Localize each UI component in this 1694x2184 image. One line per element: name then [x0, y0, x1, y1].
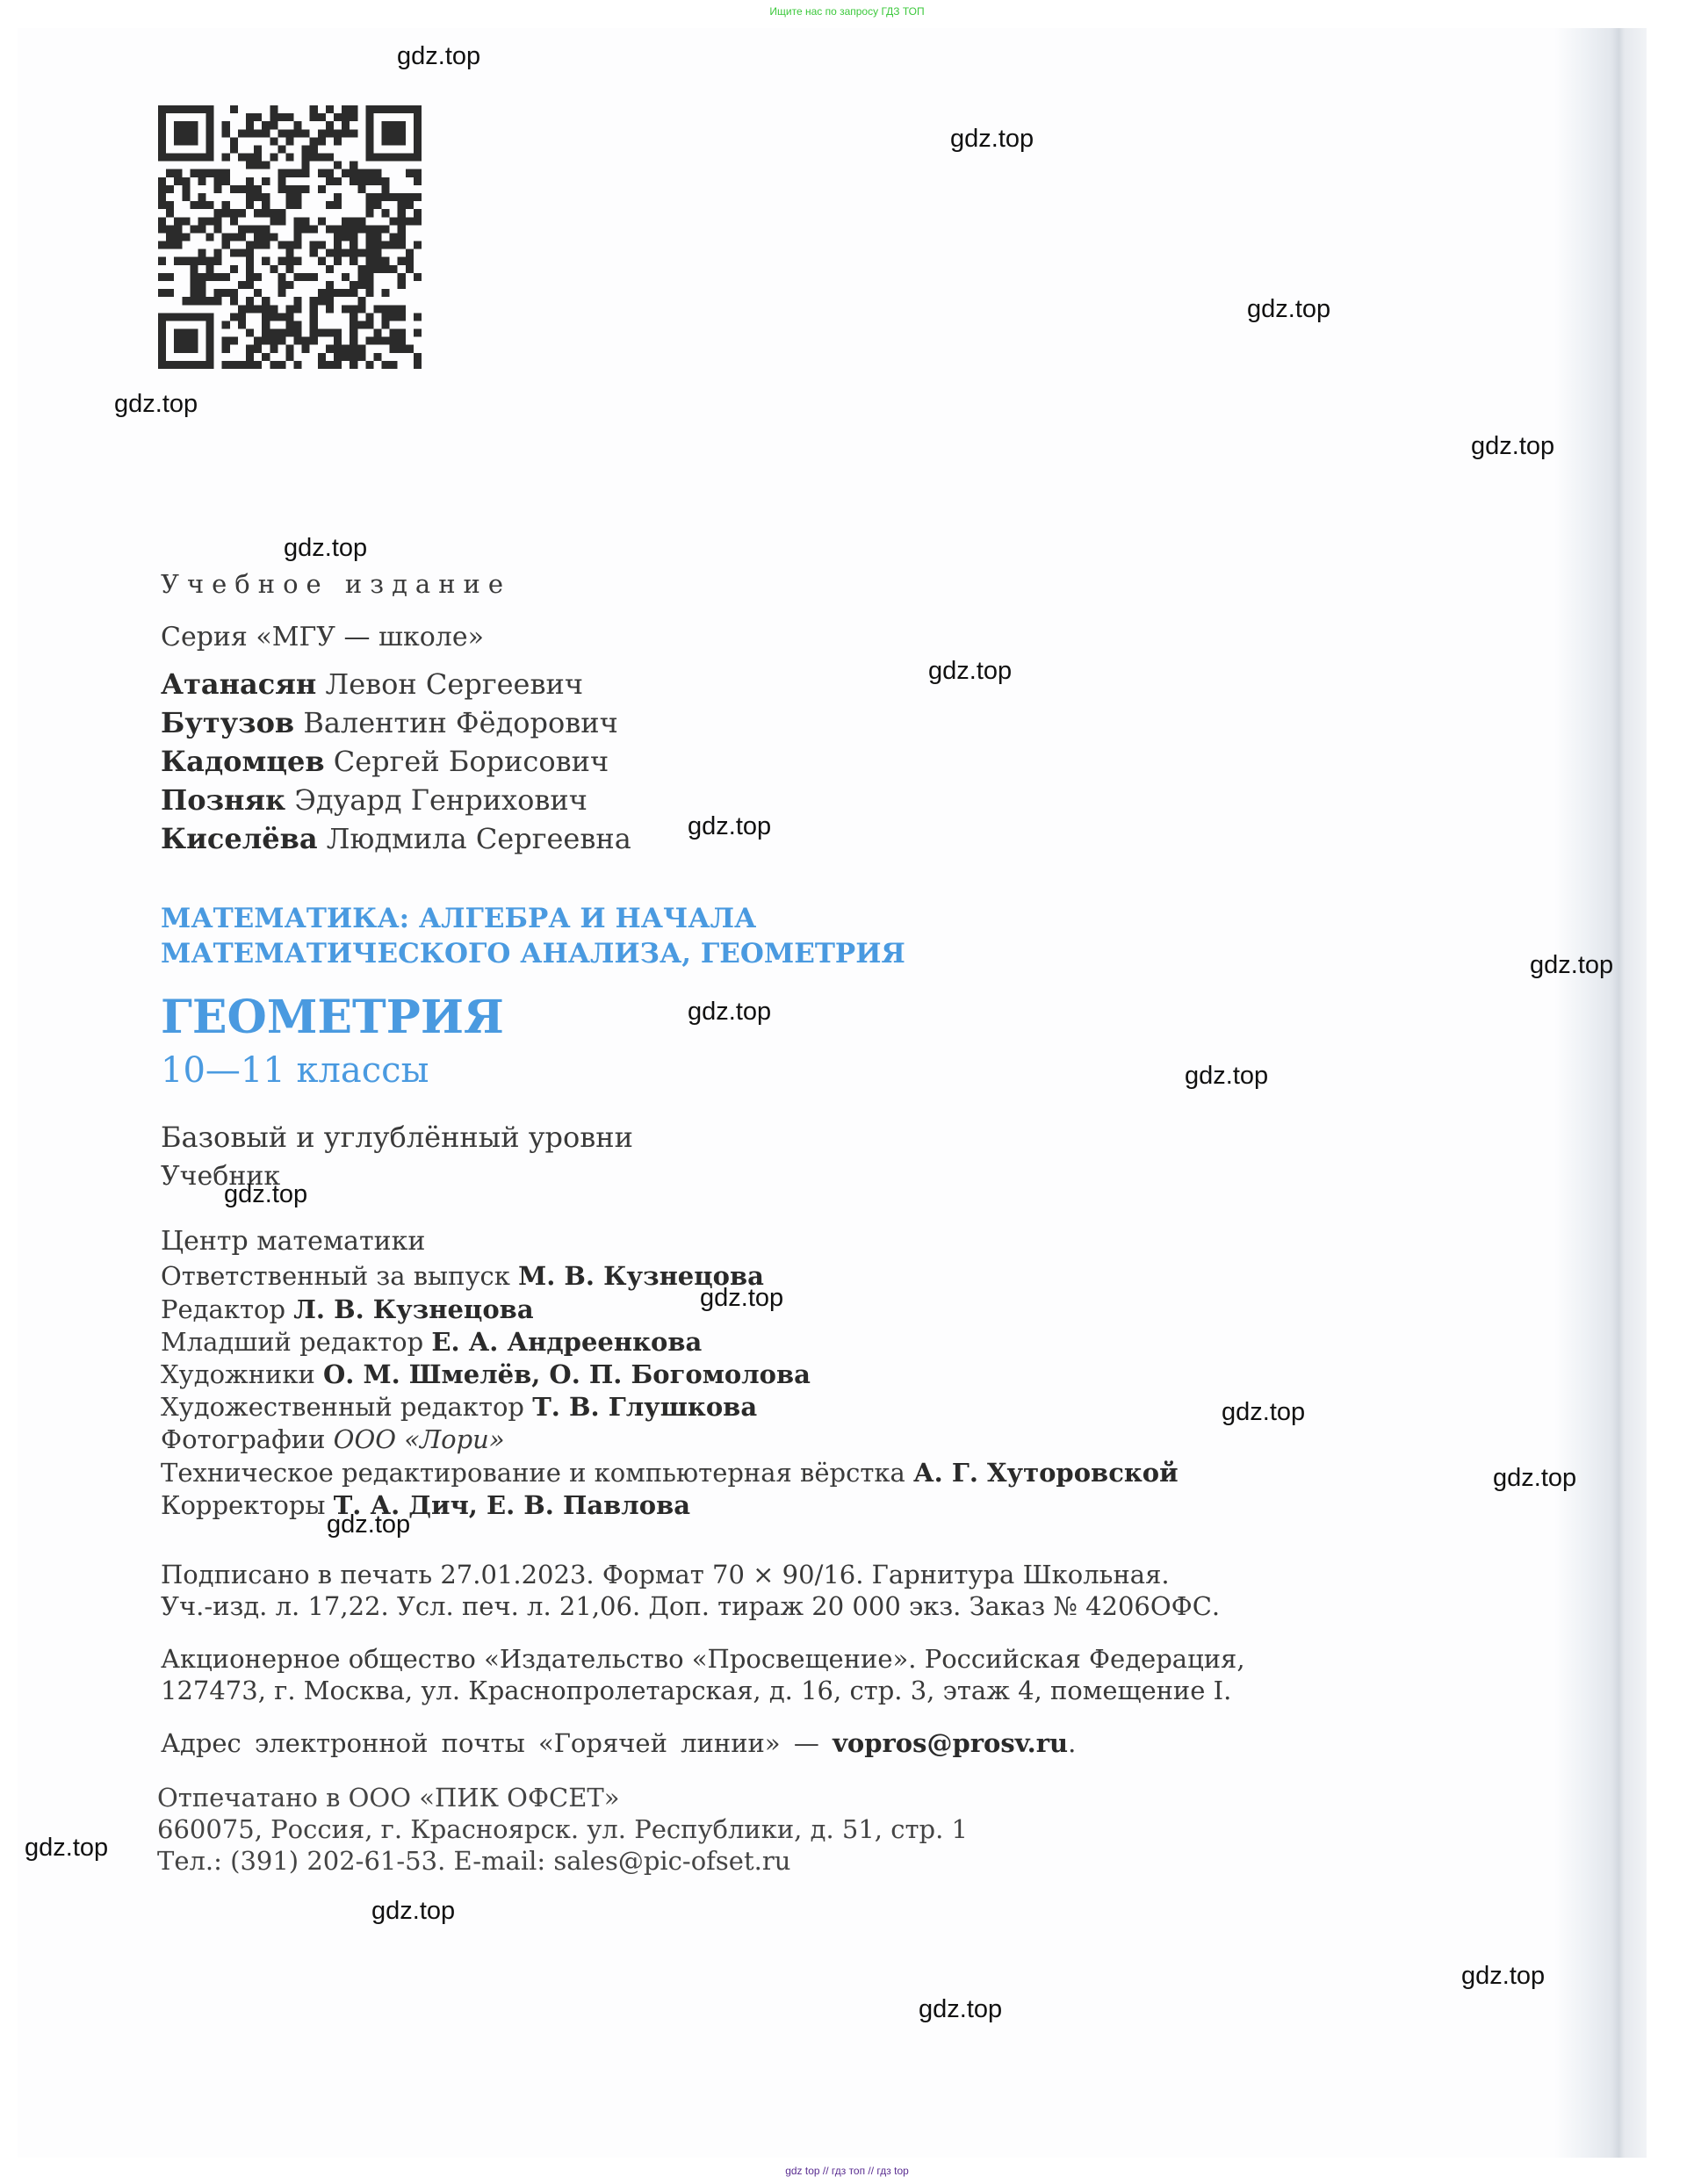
watermark-text: gdz.top [397, 42, 480, 71]
author-surname: Позняк [161, 783, 285, 817]
author-entry: Атанасян Левон Сергеевич [161, 667, 583, 701]
edition-type-label: Учебное издание [161, 569, 511, 599]
watermark-text: gdz.top [919, 1995, 1002, 2024]
author-entry: Позняк Эдуард Генрихович [161, 783, 587, 817]
author-surname: Бутузов [161, 706, 294, 739]
watermark-text: gdz.top [700, 1284, 783, 1313]
level-label: Базовый и углублённый уровни [161, 1121, 633, 1154]
subject-line-1: МАТЕМАТИКА: АЛГЕБРА И НАЧАЛА [161, 903, 756, 934]
credit-line: Редактор Л. В. Кузнецова [161, 1294, 534, 1324]
watermark-text: gdz.top [371, 1897, 455, 1926]
credit-role: Фотографии [161, 1424, 325, 1454]
book-title: ГЕОМЕТРИЯ [161, 991, 504, 1044]
author-surname: Кадомцев [161, 745, 325, 778]
author-entry: Кадомцев Сергей Борисович [161, 745, 609, 778]
publisher-line-2: 127473, г. Москва, ул. Краснопролетарска… [161, 1676, 1231, 1705]
watermark-text: gdz.top [688, 998, 771, 1027]
credit-line: Художественный редактор Т. В. Глушкова [161, 1392, 757, 1422]
printer-line-3: Тел.: (391) 202-61-53. E-mail: sales@pic… [157, 1846, 790, 1876]
credit-role: Редактор [161, 1294, 285, 1324]
watermark-text: gdz.top [1461, 1962, 1545, 1991]
credit-name: ООО «Лори» [334, 1424, 505, 1454]
watermark-text: gdz.top [327, 1510, 410, 1539]
watermark-text: gdz.top [1493, 1464, 1576, 1493]
printer-line-1: Отпечатано в ООО «ПИК ОФСЕТ» [157, 1783, 619, 1813]
hotline-email-link[interactable]: vopros@prosv.ru [833, 1728, 1068, 1758]
hotline-label: Адрес электронной почты «Горячей линии» … [161, 1728, 833, 1758]
author-given-names: Левон Сергеевич [326, 667, 583, 701]
credit-role: Техническое редактирование и компьютерна… [161, 1458, 905, 1488]
grades-label: 10—11 классы [161, 1050, 429, 1091]
credit-line: Техническое редактирование и компьютерна… [161, 1458, 1179, 1488]
publisher-line-1: Акционерное общество «Издательство «Прос… [161, 1644, 1245, 1674]
watermark-text: gdz.top [1247, 295, 1330, 324]
credit-role: Корректоры [161, 1490, 325, 1520]
author-given-names: Сергей Борисович [334, 745, 609, 778]
credit-line: Фотографии ООО «Лори» [161, 1424, 505, 1454]
watermark-text: gdz.top [224, 1180, 307, 1209]
hotline-line: Адрес электронной почты «Горячей линии» … [161, 1728, 1076, 1758]
author-given-names: Эдуард Генрихович [294, 783, 587, 817]
author-surname: Киселёва [161, 822, 318, 855]
credit-name: Л. В. Кузнецова [293, 1294, 533, 1324]
credit-line: Корректоры Т. А. Дич, Е. В. Павлова [161, 1490, 690, 1520]
center-label: Центр математики [161, 1226, 425, 1257]
imprint-line-1: Подписано в печать 27.01.2023. Формат 70… [161, 1560, 1170, 1589]
credit-role: Ответственный за выпуск [161, 1261, 510, 1291]
watermark-text: gdz.top [1530, 951, 1613, 980]
page-gutter-shadow [1554, 28, 1647, 2158]
watermark-text: gdz.top [25, 1834, 108, 1863]
printer-line-2: 660075, Россия, г. Красноярск. ул. Респу… [157, 1814, 968, 1844]
top-banner[interactable]: Ищите нас по запросу ГДЗ ТОП [0, 5, 1694, 18]
qr-code-icon[interactable] [158, 105, 422, 369]
credit-role: Художники [161, 1359, 315, 1389]
credit-name: Т. В. Глушкова [532, 1392, 757, 1422]
author-given-names: Людмила Сергеевна [327, 822, 631, 855]
credit-name: Е. А. Андреенкова [431, 1327, 702, 1357]
credit-role: Младший редактор [161, 1327, 423, 1357]
watermark-text: gdz.top [1471, 432, 1554, 461]
watermark-text: gdz.top [950, 125, 1034, 154]
credit-line: Художники О. М. Шмелёв, О. П. Богомолова [161, 1359, 811, 1389]
watermark-text: gdz.top [1222, 1398, 1305, 1427]
bottom-banner[interactable]: gdz top // гдз топ // гдз top [0, 2165, 1694, 2177]
author-surname: Атанасян [161, 667, 316, 701]
watermark-text: gdz.top [928, 657, 1012, 686]
series-label: Серия «МГУ — школе» [161, 622, 484, 652]
credit-role: Художественный редактор [161, 1392, 524, 1422]
author-entry: Бутузов Валентин Фёдорович [161, 706, 618, 739]
author-given-names: Валентин Фёдорович [303, 706, 617, 739]
credit-line: Младший редактор Е. А. Андреенкова [161, 1327, 702, 1357]
watermark-text: gdz.top [114, 390, 198, 419]
author-entry: Киселёва Людмила Сергеевна [161, 822, 631, 855]
hotline-end: . [1068, 1728, 1076, 1758]
credit-name: А. Г. Хуторовской [913, 1458, 1179, 1488]
watermark-text: gdz.top [284, 534, 367, 563]
watermark-text: gdz.top [1185, 1062, 1268, 1091]
watermark-text: gdz.top [688, 812, 771, 841]
subject-line-2: МАТЕМАТИЧЕСКОГО АНАЛИЗА, ГЕОМЕТРИЯ [161, 938, 905, 969]
credit-line: Ответственный за выпуск М. В. Кузнецова [161, 1261, 764, 1291]
credit-name: О. М. Шмелёв, О. П. Богомолова [323, 1359, 811, 1389]
imprint-line-2: Уч.-изд. л. 17,22. Усл. печ. л. 21,06. Д… [161, 1591, 1220, 1621]
